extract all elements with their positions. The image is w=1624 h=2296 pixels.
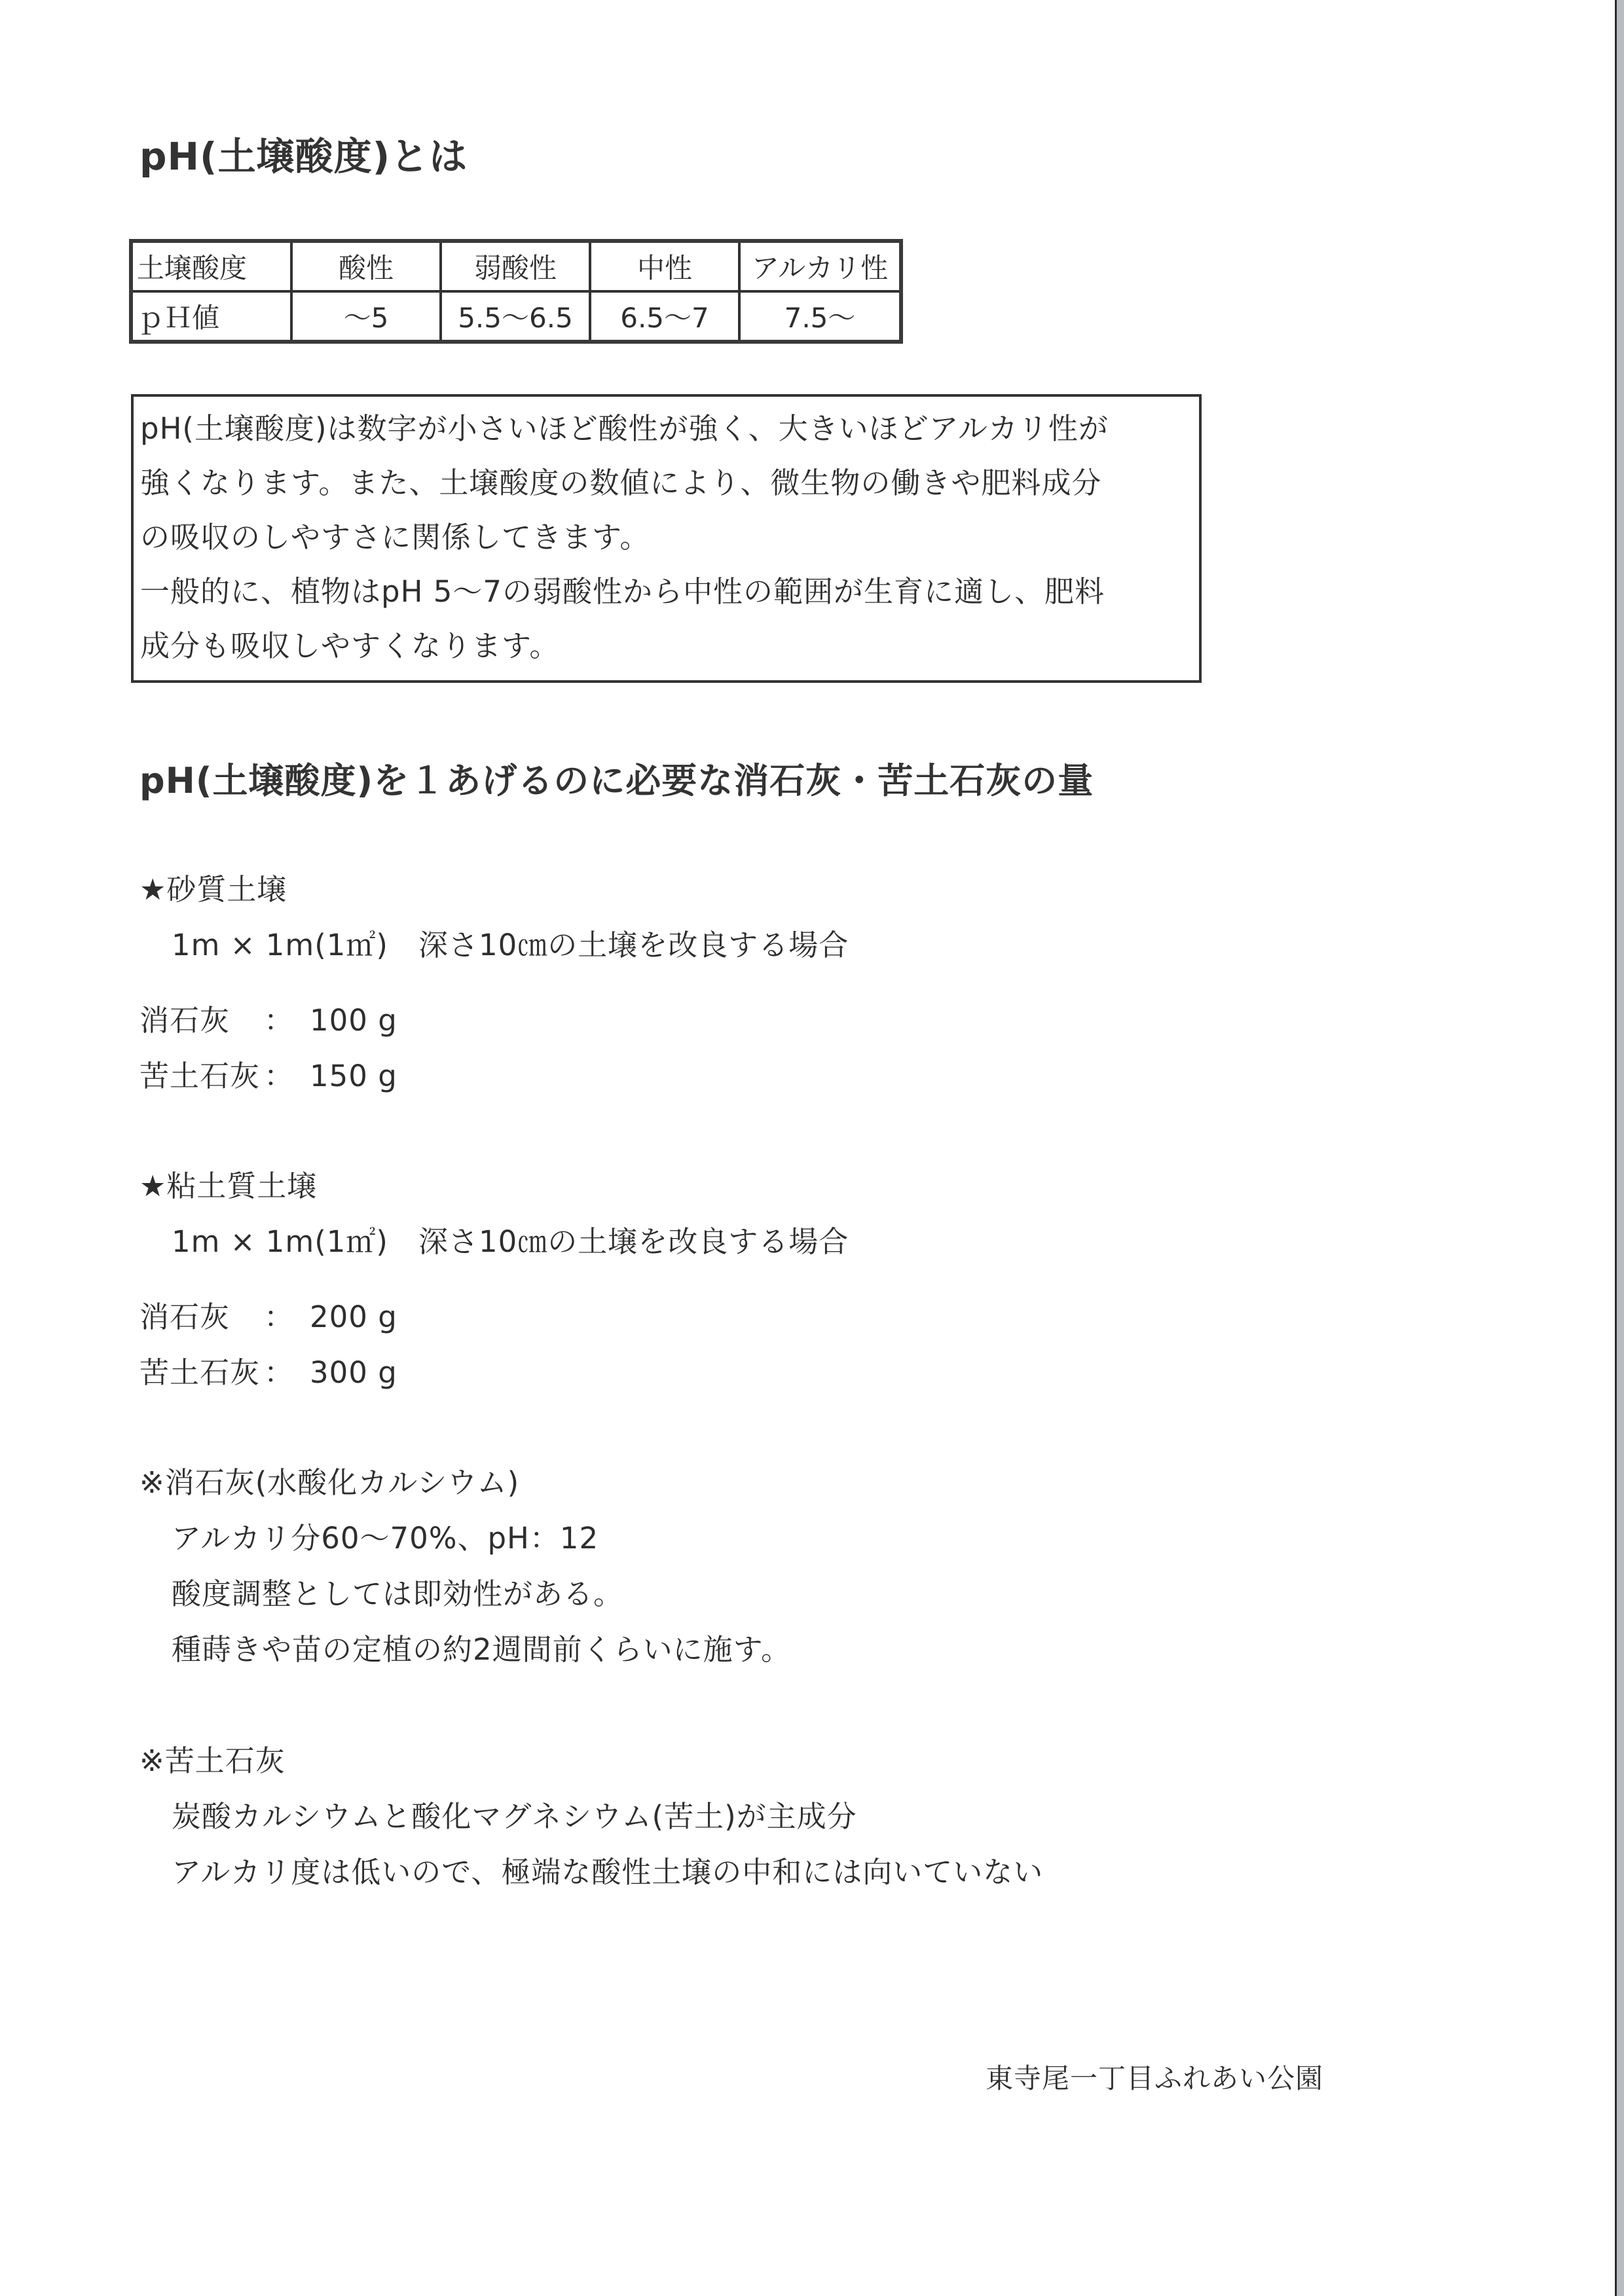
note-line: 種蒔きや苗の定植の約2週間前くらいに施す。	[172, 1626, 791, 1668]
sandy-soil-heading: ★砂質土壌	[139, 866, 287, 908]
amount-label: 苦土石灰	[139, 1349, 264, 1391]
description-line: pH(土壌酸度)は数字が小さいほど酸性が強く、大きいほどアルカリ性が	[140, 405, 1109, 447]
scan-edge-strip	[1617, 0, 1624, 2296]
table-header-cell: 弱酸性	[441, 241, 590, 291]
table-header-cell: 酸性	[291, 241, 441, 291]
table-cell: 6.5～7	[590, 291, 739, 342]
amount-colon: ：	[264, 1293, 310, 1336]
ph-description-box: pH(土壌酸度)は数字が小さいほど酸性が強く、大きいほどアルカリ性が 強くなりま…	[131, 394, 1202, 683]
note-line: アルカリ分60～70%、pH：12	[172, 1514, 599, 1557]
note-line: 炭酸カルシウムと酸化マグネシウム(苦土)が主成分	[172, 1793, 857, 1835]
amount-value: 100 g	[310, 1003, 397, 1038]
footer-organization: 東寺尾一丁目ふれあい公園	[986, 2057, 1323, 2096]
ph-range-table: 土壌酸度 酸性 弱酸性 中性 アルカリ性 ｐＨ値 ～5 5.5～6.5 6.5～…	[129, 239, 903, 344]
amount-value: 150 g	[310, 1059, 397, 1093]
table-header-row: 土壌酸度 酸性 弱酸性 中性 アルカリ性	[131, 241, 901, 291]
clay-soil-condition: 1m × 1m(1㎡) 深さ10㎝の土壌を改良する場合	[172, 1218, 849, 1260]
table-header-cell: アルカリ性	[739, 241, 901, 291]
amount-colon: ：	[264, 1052, 310, 1095]
note-slaked-lime-heading: ※消石灰(水酸化カルシウム)	[139, 1459, 519, 1501]
clay-dolomite-lime-row: 苦土石灰：300 g	[139, 1349, 397, 1391]
clay-soil-heading: ★粘土質土壌	[139, 1162, 317, 1205]
table-row: ｐＨ値 ～5 5.5～6.5 6.5～7 7.5～	[131, 291, 901, 342]
description-line: 成分も吸収しやすくなります。	[140, 622, 559, 665]
table-cell: ～5	[291, 291, 441, 342]
table-cell: ｐＨ値	[131, 291, 291, 342]
amount-label: 苦土石灰	[139, 1052, 264, 1095]
description-line: 一般的に、植物はpH 5～7の弱酸性から中性の範囲が生育に適し、肥料	[140, 568, 1105, 610]
clay-slaked-lime-row: 消石灰：200 g	[139, 1293, 397, 1336]
amount-value: 200 g	[310, 1300, 397, 1334]
note-line: アルカリ度は低いので、極端な酸性土壌の中和には向いていない	[172, 1848, 1043, 1891]
amount-label: 消石灰	[139, 996, 264, 1039]
section-title-lime-amount: pH(土壌酸度)を１あげるのに必要な消石灰・苦土石灰の量	[139, 753, 1094, 803]
note-line: 酸度調整としては即効性がある。	[172, 1570, 623, 1613]
table-cell: 7.5～	[739, 291, 901, 342]
sandy-dolomite-lime-row: 苦土石灰：150 g	[139, 1052, 397, 1095]
description-line: 強くなります。また、土壌酸度の数値により、微生物の働きや肥料成分	[140, 459, 1101, 501]
section-title-ph: pH(土壌酸度)とは	[139, 126, 468, 181]
amount-colon: ：	[264, 996, 310, 1039]
description-line: の吸収のしやすさに関係してきます。	[140, 513, 650, 556]
note-dolomite-lime-heading: ※苦土石灰	[139, 1737, 286, 1779]
amount-value: 300 g	[310, 1355, 397, 1390]
table-header-cell: 中性	[590, 241, 739, 291]
table-header-cell: 土壌酸度	[131, 241, 291, 291]
amount-colon: ：	[264, 1349, 310, 1391]
table-cell: 5.5～6.5	[441, 291, 590, 342]
sandy-soil-condition: 1m × 1m(1㎡) 深さ10㎝の土壌を改良する場合	[172, 921, 849, 964]
amount-label: 消石灰	[139, 1293, 264, 1336]
sandy-slaked-lime-row: 消石灰：100 g	[139, 996, 397, 1039]
